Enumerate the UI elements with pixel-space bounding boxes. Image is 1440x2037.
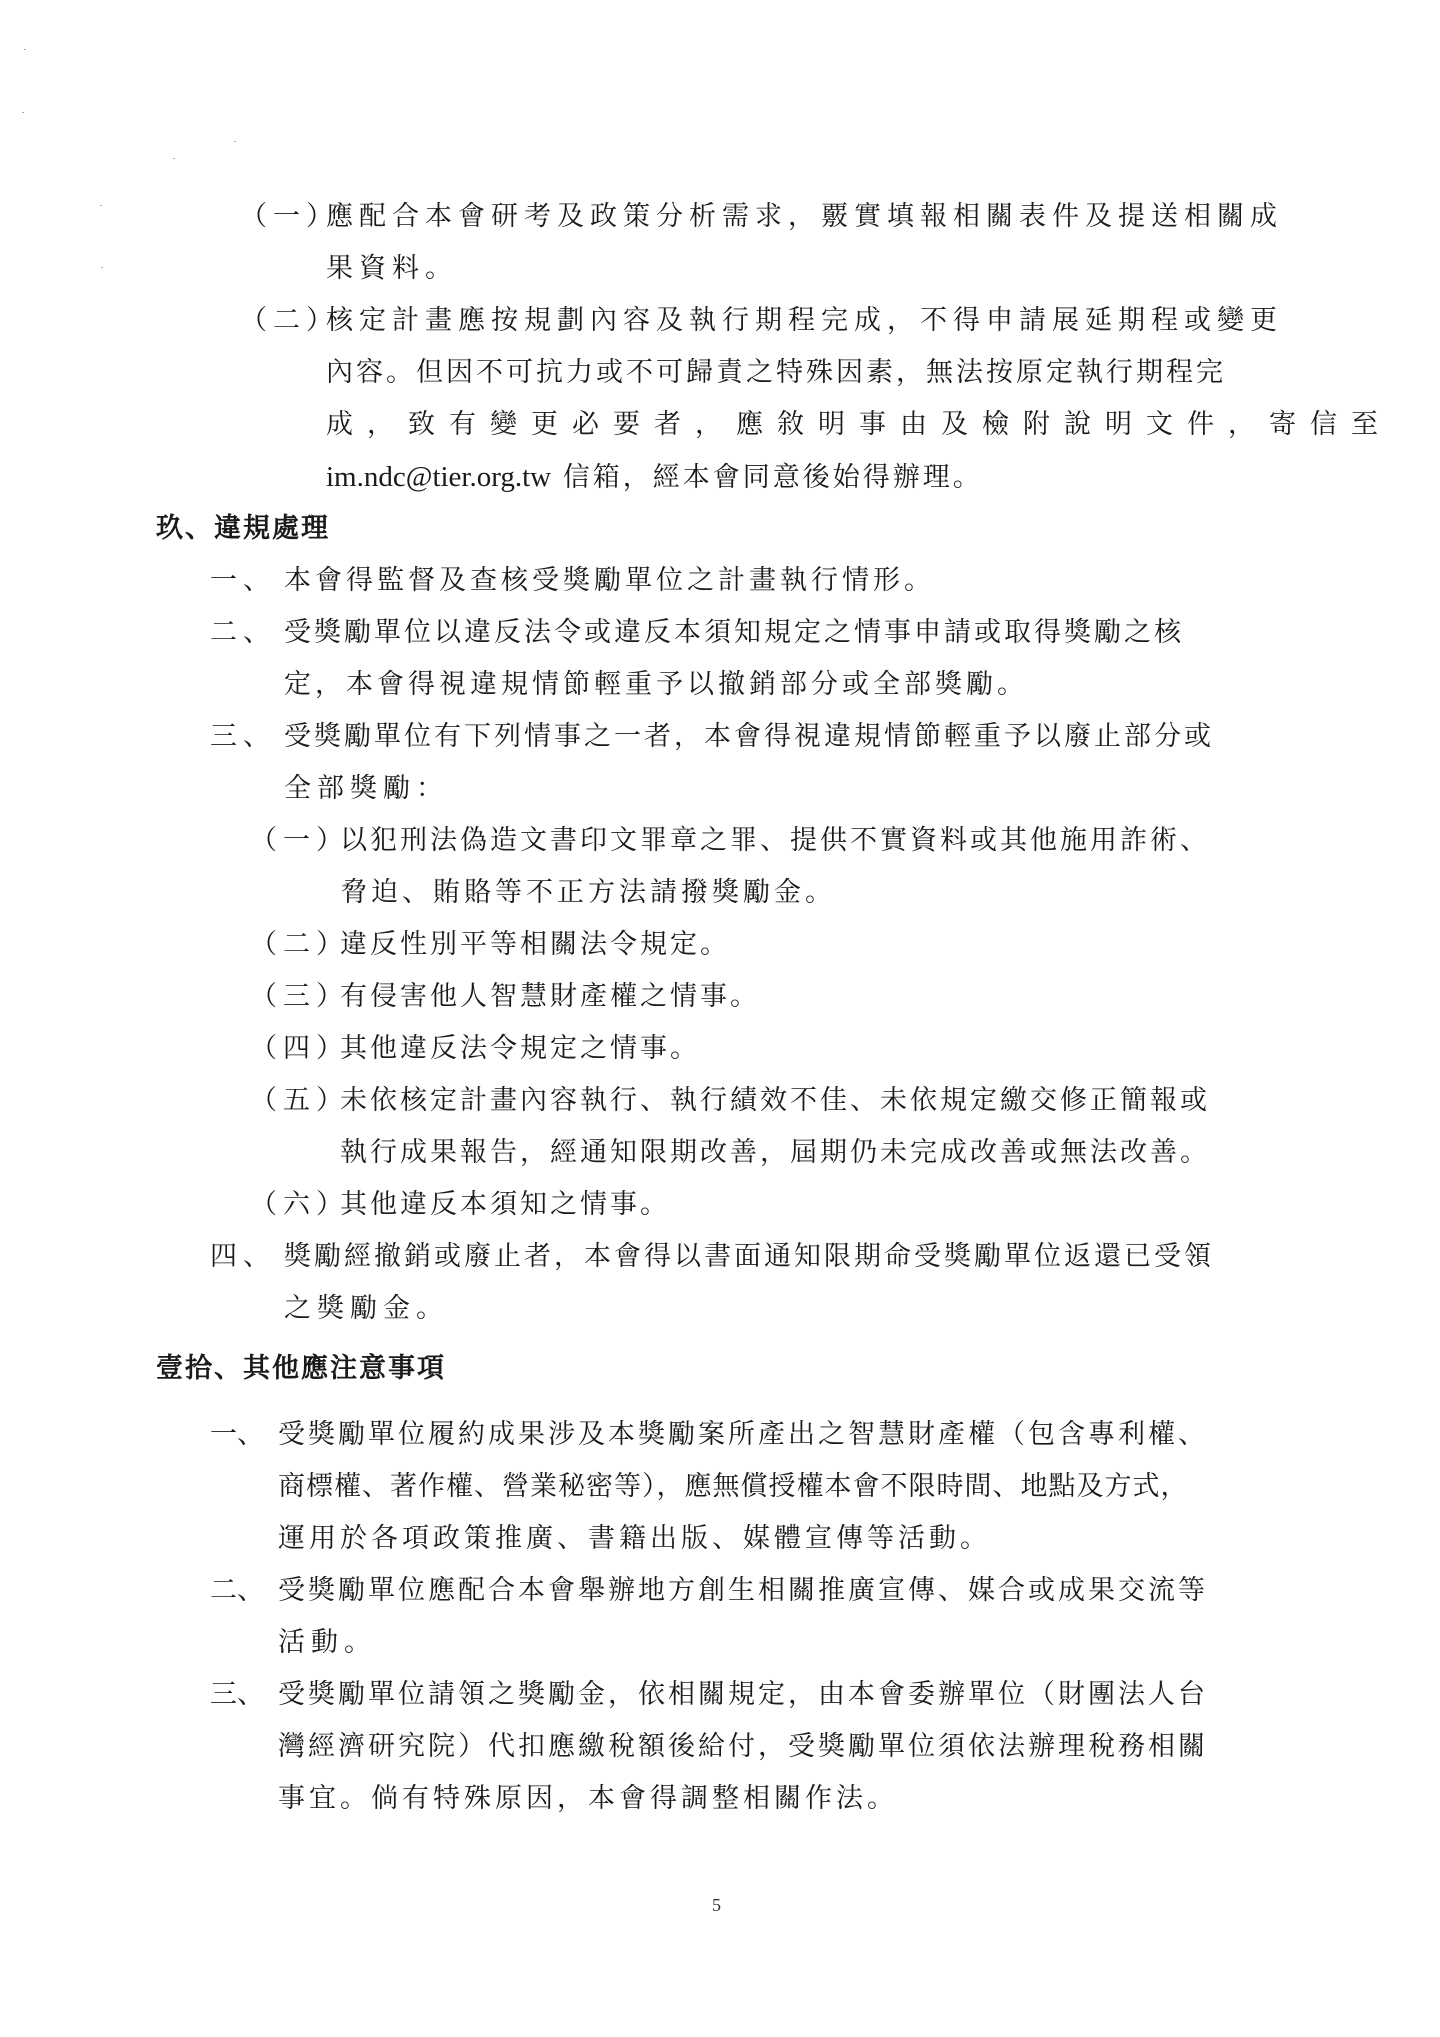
item-marker: （二） xyxy=(240,304,339,338)
sub-item-text-line: 違反性別平等相關法令規定。 xyxy=(340,928,730,962)
scan-speck xyxy=(173,158,175,159)
sub-item-marker: （一） xyxy=(250,824,349,858)
document-page: （一） 應配合本會研考及政策分析需求，覈實填報相關表件及提送相關成 果資料。 （… xyxy=(0,0,1440,2037)
section-heading-9: 玖、違規處理 xyxy=(156,512,330,546)
sub-item-marker: （六） xyxy=(250,1188,349,1222)
scan-speck xyxy=(24,49,26,50)
sub-item-text-line: 未依核定計畫內容執行、執行績效不佳、未依規定繳交修正簡報或 xyxy=(340,1084,1210,1118)
email-suffix: 信箱，經本會同意後始得辦理。 xyxy=(551,462,983,493)
section-heading-10: 壹拾、其他應注意事項 xyxy=(156,1352,446,1386)
email-link[interactable]: im.ndc@tier.org.tw xyxy=(326,461,551,493)
item-text-line: 受獎勵單位履約成果涉及本獎勵案所產出之智慧財產權（包含專利權、 xyxy=(278,1418,1208,1452)
item-text-line: 受獎勵單位有下列情事之一者，本會得視違規情節輕重予以廢止部分或 xyxy=(284,720,1214,754)
email-line: im.ndc@tier.org.tw 信箱，經本會同意後始得辦理。 xyxy=(326,460,983,495)
item-marker: 二、 xyxy=(210,616,276,650)
scan-speck xyxy=(101,267,103,268)
sub-item-text-line: 脅迫、賄賂等不正方法請撥獎勵金。 xyxy=(340,876,836,910)
item-marker: 三、 xyxy=(210,1678,264,1712)
sub-item-marker: （二） xyxy=(250,928,349,962)
item-text-line: 運用於各項政策推廣、書籍出版、媒體宣傳等活動。 xyxy=(278,1522,991,1556)
item-marker: 一、 xyxy=(210,564,276,598)
sub-item-text-line: 有侵害他人智慧財產權之情事。 xyxy=(340,980,760,1014)
item-text-line: 商標權、著作權、營業秘密等），應無償授權本會不限時間、地點及方式， xyxy=(278,1470,1189,1504)
sub-item-text-line: 其他違反法令規定之情事。 xyxy=(340,1032,700,1066)
sub-item-marker: （五） xyxy=(250,1084,349,1118)
item-text-line: 受獎勵單位請領之獎勵金，依相關規定，由本會委辦單位（財團法人台 xyxy=(278,1678,1208,1712)
item-text-line: 活動。 xyxy=(278,1626,377,1660)
sub-item-text-line: 其他違反本須知之情事。 xyxy=(340,1188,670,1222)
item-marker: 一、 xyxy=(210,1418,264,1452)
item-text-line: 核定計畫應按規劃內容及執行期程完成，不得申請展延期程或變更 xyxy=(326,304,1283,338)
sub-item-marker: （四） xyxy=(250,1032,349,1066)
page-number: 5 xyxy=(712,1895,721,1916)
item-marker: 二、 xyxy=(210,1574,264,1608)
item-text-line: 受獎勵單位以違反法令或違反本須知規定之情事申請或取得獎勵之核 xyxy=(284,616,1184,650)
scan-speck xyxy=(22,112,24,113)
item-text-line: 受獎勵單位應配合本會舉辦地方創生相關推廣宣傳、媒合或成果交流等 xyxy=(278,1574,1208,1608)
item-text-line: 灣經濟研究院）代扣應繳稅額後給付，受獎勵單位須依法辦理稅務相關 xyxy=(278,1730,1208,1764)
item-marker: 四、 xyxy=(210,1240,276,1274)
item-text-line: 全部獎勵： xyxy=(284,772,449,806)
sub-item-text-line: 執行成果報告，經通知限期改善，屆期仍未完成改善或無法改善。 xyxy=(340,1136,1210,1170)
item-marker: （一） xyxy=(240,200,339,234)
item-text-line: 之獎勵金。 xyxy=(284,1292,449,1326)
scan-speck xyxy=(100,205,102,206)
item-text-line: 果資料。 xyxy=(326,252,458,286)
item-text-line: 內容。但因不可抗力或不可歸責之特殊因素，無法按原定執行期程完 xyxy=(326,356,1226,390)
item-text-line: 應配合本會研考及政策分析需求，覈實填報相關表件及提送相關成 xyxy=(326,200,1283,234)
item-marker: 三、 xyxy=(210,720,276,754)
item-text-line: 獎勵經撤銷或廢止者，本會得以書面通知限期命受獎勵單位返還已受領 xyxy=(284,1240,1214,1274)
item-text-line: 定，本會得視違規情節輕重予以撤銷部分或全部獎勵。 xyxy=(284,668,1028,702)
item-text-line: 成，致有變更必要者，應敘明事由及檢附說明文件，寄信至 xyxy=(326,408,1392,442)
item-text-line: 事宜。倘有特殊原因，本會得調整相關作法。 xyxy=(278,1782,898,1816)
scan-speck xyxy=(234,141,236,142)
sub-item-text-line: 以犯刑法偽造文書印文罪章之罪、提供不實資料或其他施用詐術、 xyxy=(340,824,1210,858)
item-text-line: 本會得監督及查核受獎勵單位之計畫執行情形。 xyxy=(284,564,935,598)
sub-item-marker: （三） xyxy=(250,980,349,1014)
